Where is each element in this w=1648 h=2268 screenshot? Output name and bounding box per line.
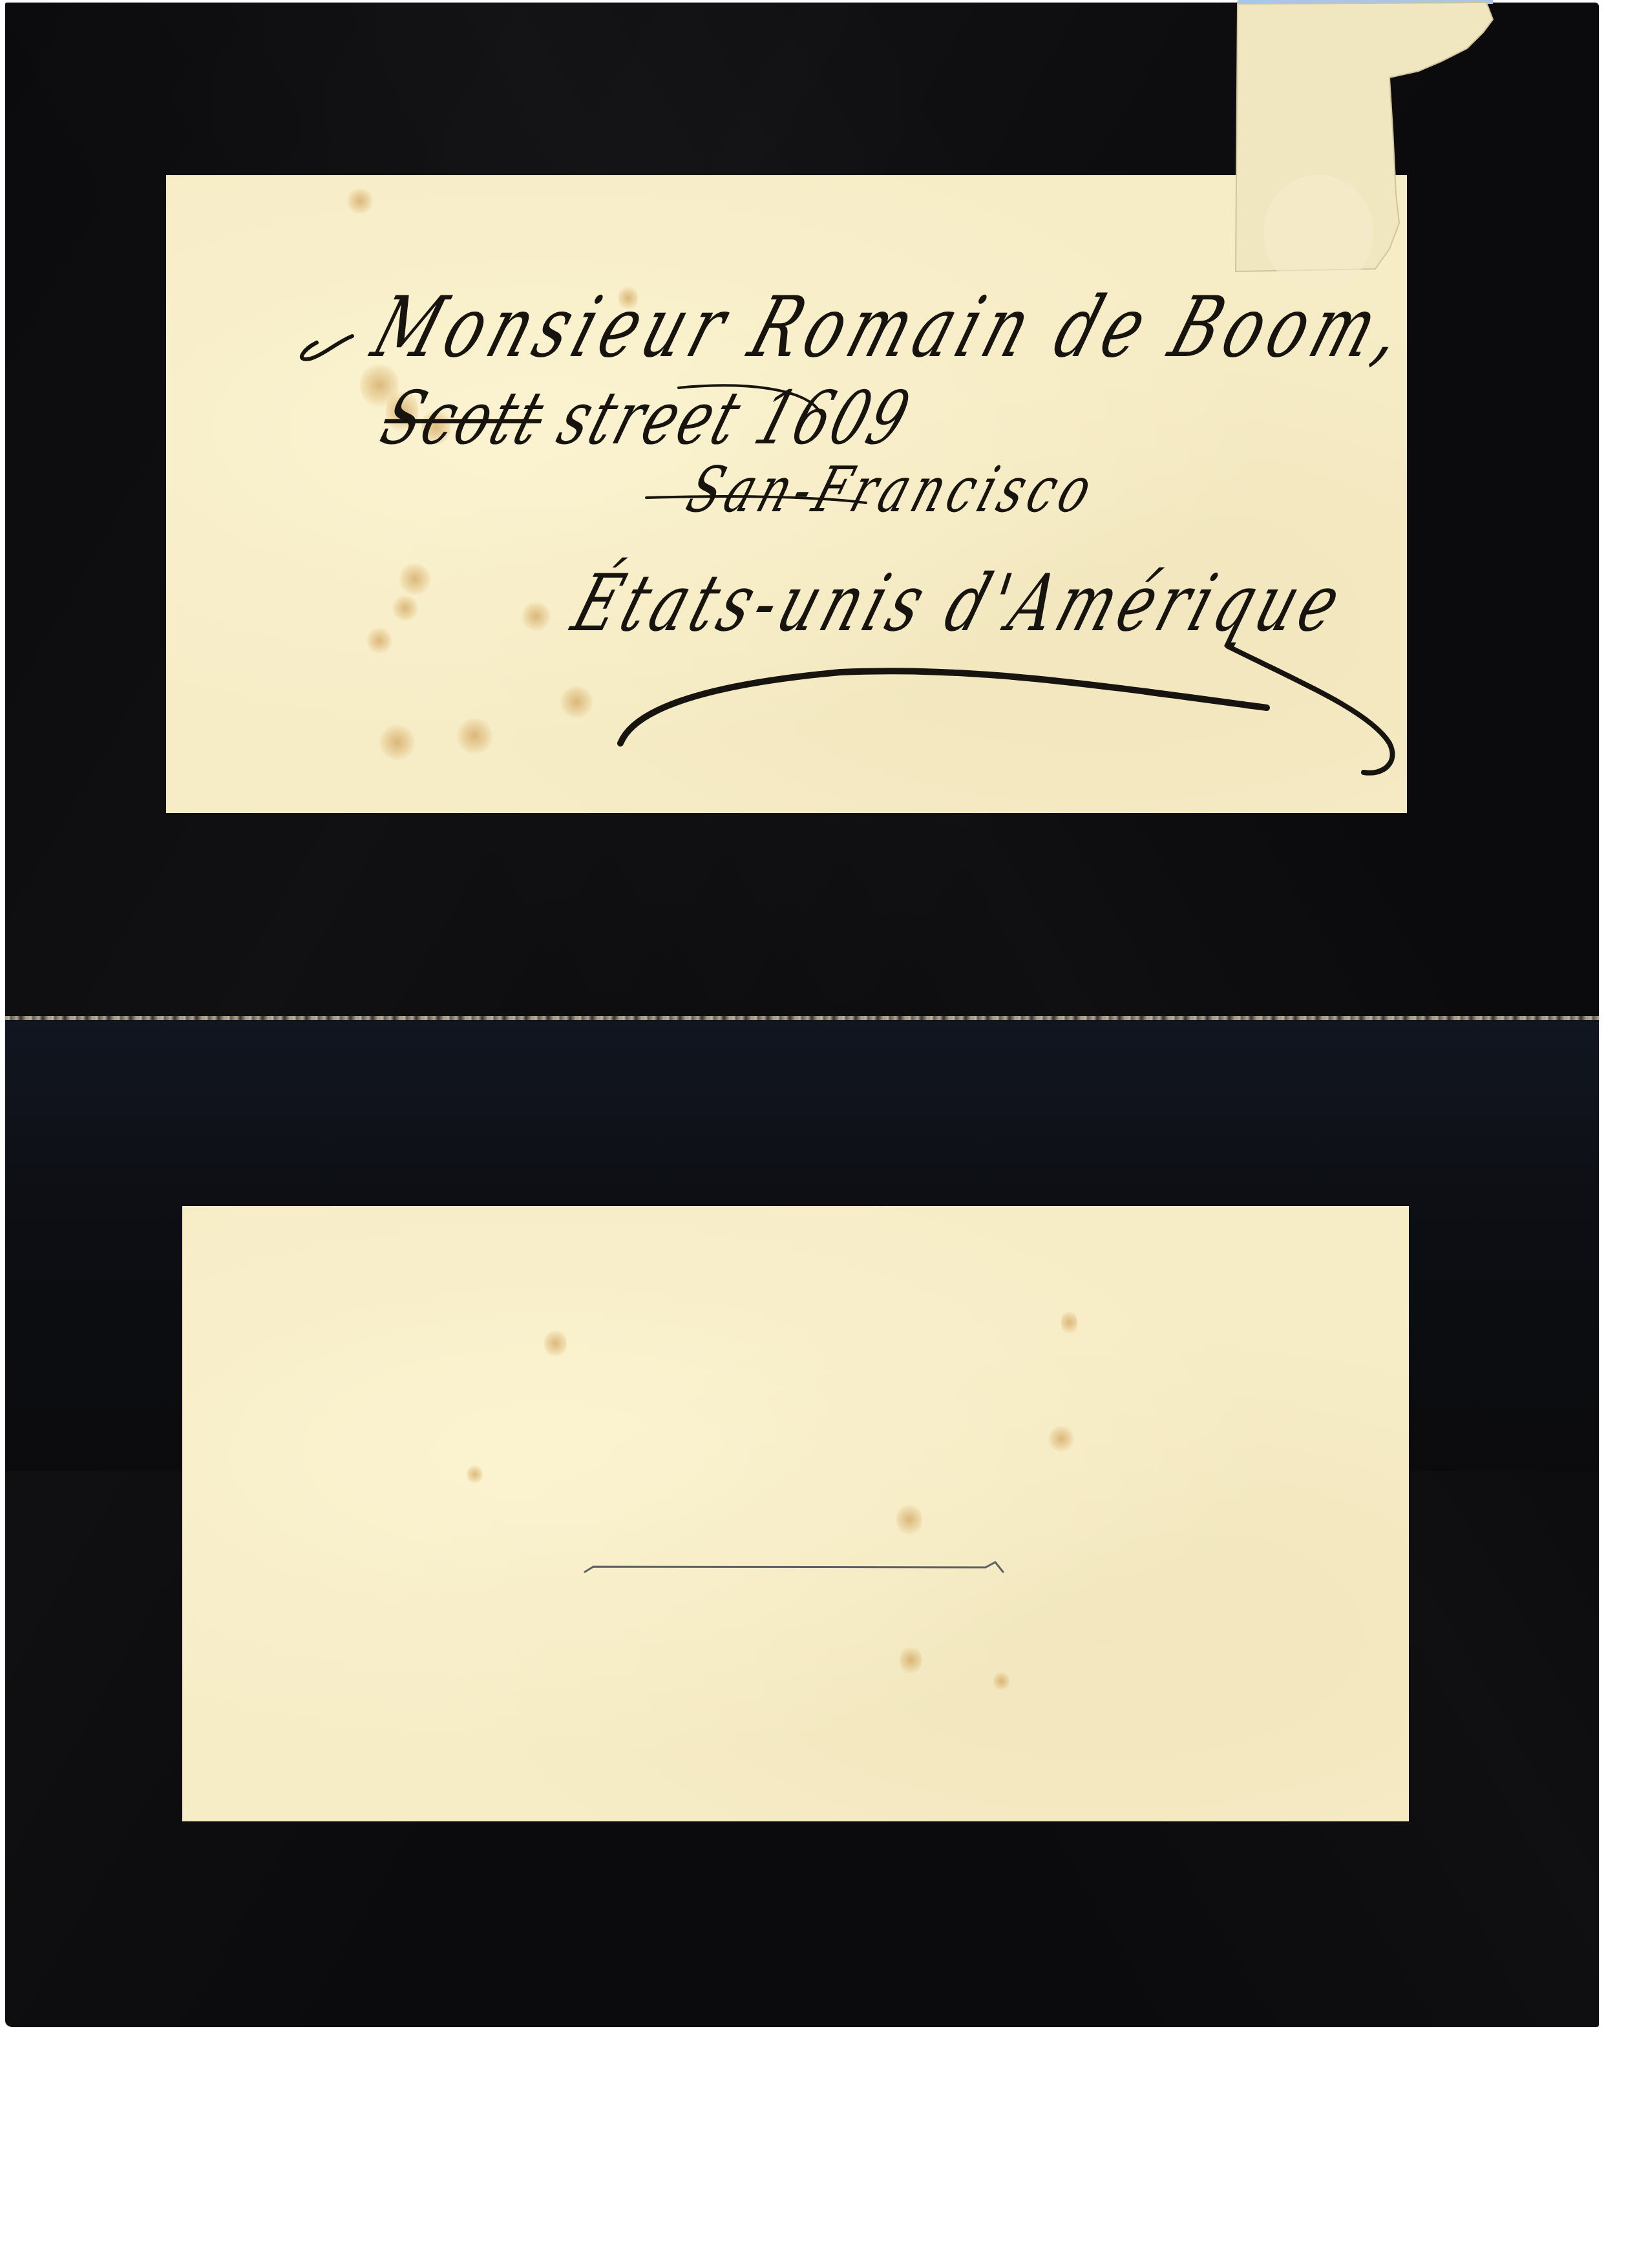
foxing-stain: [522, 602, 551, 631]
foxing-stain: [1061, 1309, 1077, 1335]
foxing-stain: [379, 725, 415, 760]
address-line-street: Scott street 1609: [372, 376, 922, 461]
street-number: street 1609: [529, 376, 922, 461]
back-panel: [182, 1206, 1409, 1821]
foxing-stain: [399, 563, 431, 595]
address-line-recipient: Monsieur Romain de Boom,: [362, 279, 1422, 376]
foxing-stain: [467, 1465, 483, 1484]
foxing-stain: [1048, 1426, 1074, 1452]
foxing-stain: [366, 628, 392, 653]
address-line-country: États-unis d'Amérique: [562, 558, 1356, 650]
foxing-stain: [392, 595, 418, 621]
foxing-stain: [560, 686, 593, 718]
foxing-stain: [993, 1671, 1009, 1691]
struck-word: Scott: [372, 376, 556, 461]
scan-background: Monsieur Romain de Boom, Scott street 16…: [0, 0, 1648, 2268]
foxing-stain: [544, 1329, 567, 1358]
foxing-stain: [896, 1503, 922, 1536]
foxing-stain: [900, 1646, 922, 1675]
fold-crease: [5, 1016, 1599, 1020]
foxing-stain: [347, 188, 373, 214]
address-line-city: San-Francisco: [679, 453, 1106, 526]
foxing-stain: [457, 718, 492, 754]
